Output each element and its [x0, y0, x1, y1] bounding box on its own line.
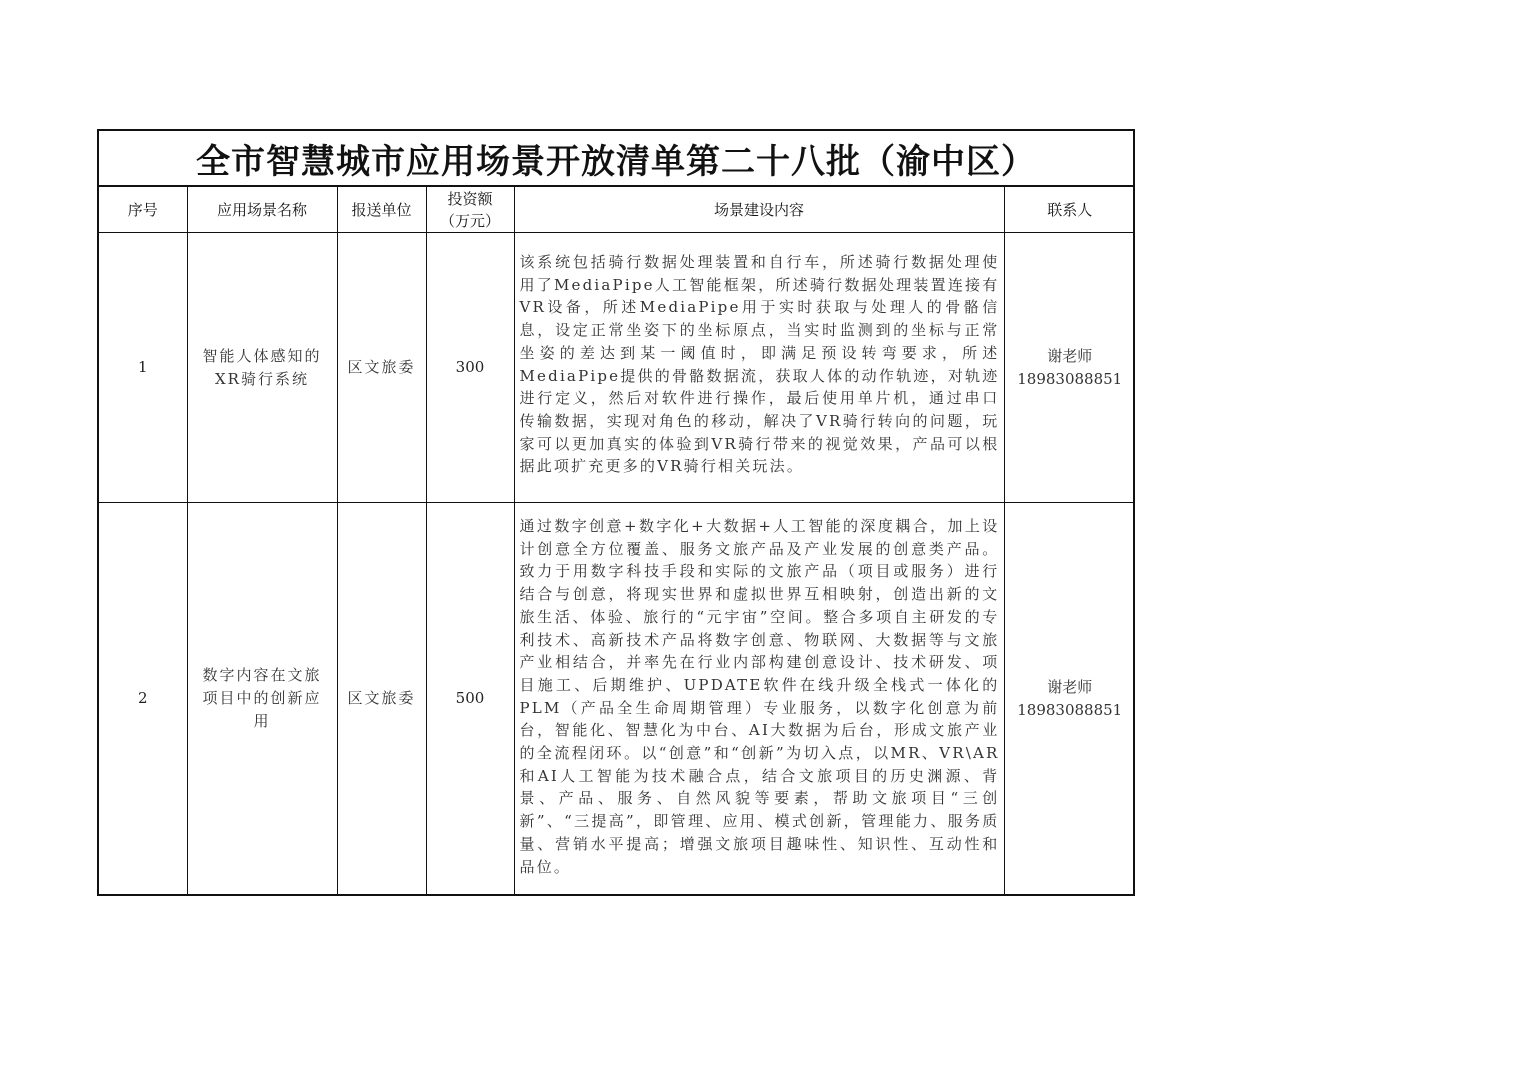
header-investment: 投资额 （万元）	[426, 187, 514, 233]
header-row: 序号 应用场景名称 报送单位 投资额 （万元） 场景建设内容 联系人	[99, 187, 1135, 233]
contact-phone: 18983088851	[1005, 699, 1136, 722]
scene-table: 序号 应用场景名称 报送单位 投资额 （万元） 场景建设内容 联系人 1 智能人…	[99, 187, 1135, 894]
header-scene-name: 应用场景名称	[187, 187, 337, 233]
row-contact: 谢老师 18983088851	[1004, 233, 1135, 503]
document-title: 全市智慧城市应用场景开放清单第二十八批（渝中区）	[196, 134, 1036, 183]
row-content-text: 该系统包括骑行数据处理装置和自行车，所述骑行数据处理使用了MediaPipe人工…	[520, 238, 1000, 478]
contact-name: 谢老师	[1005, 345, 1136, 368]
title-row: 全市智慧城市应用场景开放清单第二十八批（渝中区）	[99, 131, 1133, 187]
header-contact: 联系人	[1004, 187, 1135, 233]
scene-list-sheet: 全市智慧城市应用场景开放清单第二十八批（渝中区） 序号 应用场景名称 报送单位 …	[97, 129, 1135, 896]
row-scene-name: 智能人体感知的XR骑行系统	[187, 233, 337, 503]
contact-phone: 18983088851	[1005, 368, 1136, 391]
row-content-text: 通过数字创意+数字化+大数据+人工智能的深度耦合，加上设计创意全方位覆盖、服务文…	[520, 508, 1000, 878]
row-scene-name: 数字内容在文旅项目中的创新应用	[187, 503, 337, 895]
row-index: 2	[99, 503, 187, 895]
row-contact: 谢老师 18983088851	[1004, 503, 1135, 895]
row-index: 1	[99, 233, 187, 503]
contact-name: 谢老师	[1005, 676, 1136, 699]
header-investment-line2: （万元）	[427, 210, 514, 232]
row-investment: 300	[426, 233, 514, 503]
row-unit: 区文旅委	[337, 503, 426, 895]
row-unit: 区文旅委	[337, 233, 426, 503]
row-content: 该系统包括骑行数据处理装置和自行车，所述骑行数据处理使用了MediaPipe人工…	[514, 233, 1004, 503]
header-index: 序号	[99, 187, 187, 233]
header-unit: 报送单位	[337, 187, 426, 233]
row-investment: 500	[426, 503, 514, 895]
table-row: 2 数字内容在文旅项目中的创新应用 区文旅委 500 通过数字创意+数字化+大数…	[99, 503, 1135, 895]
header-content: 场景建设内容	[514, 187, 1004, 233]
row-content: 通过数字创意+数字化+大数据+人工智能的深度耦合，加上设计创意全方位覆盖、服务文…	[514, 503, 1004, 895]
table-row: 1 智能人体感知的XR骑行系统 区文旅委 300 该系统包括骑行数据处理装置和自…	[99, 233, 1135, 503]
header-investment-line1: 投资额	[427, 188, 514, 210]
